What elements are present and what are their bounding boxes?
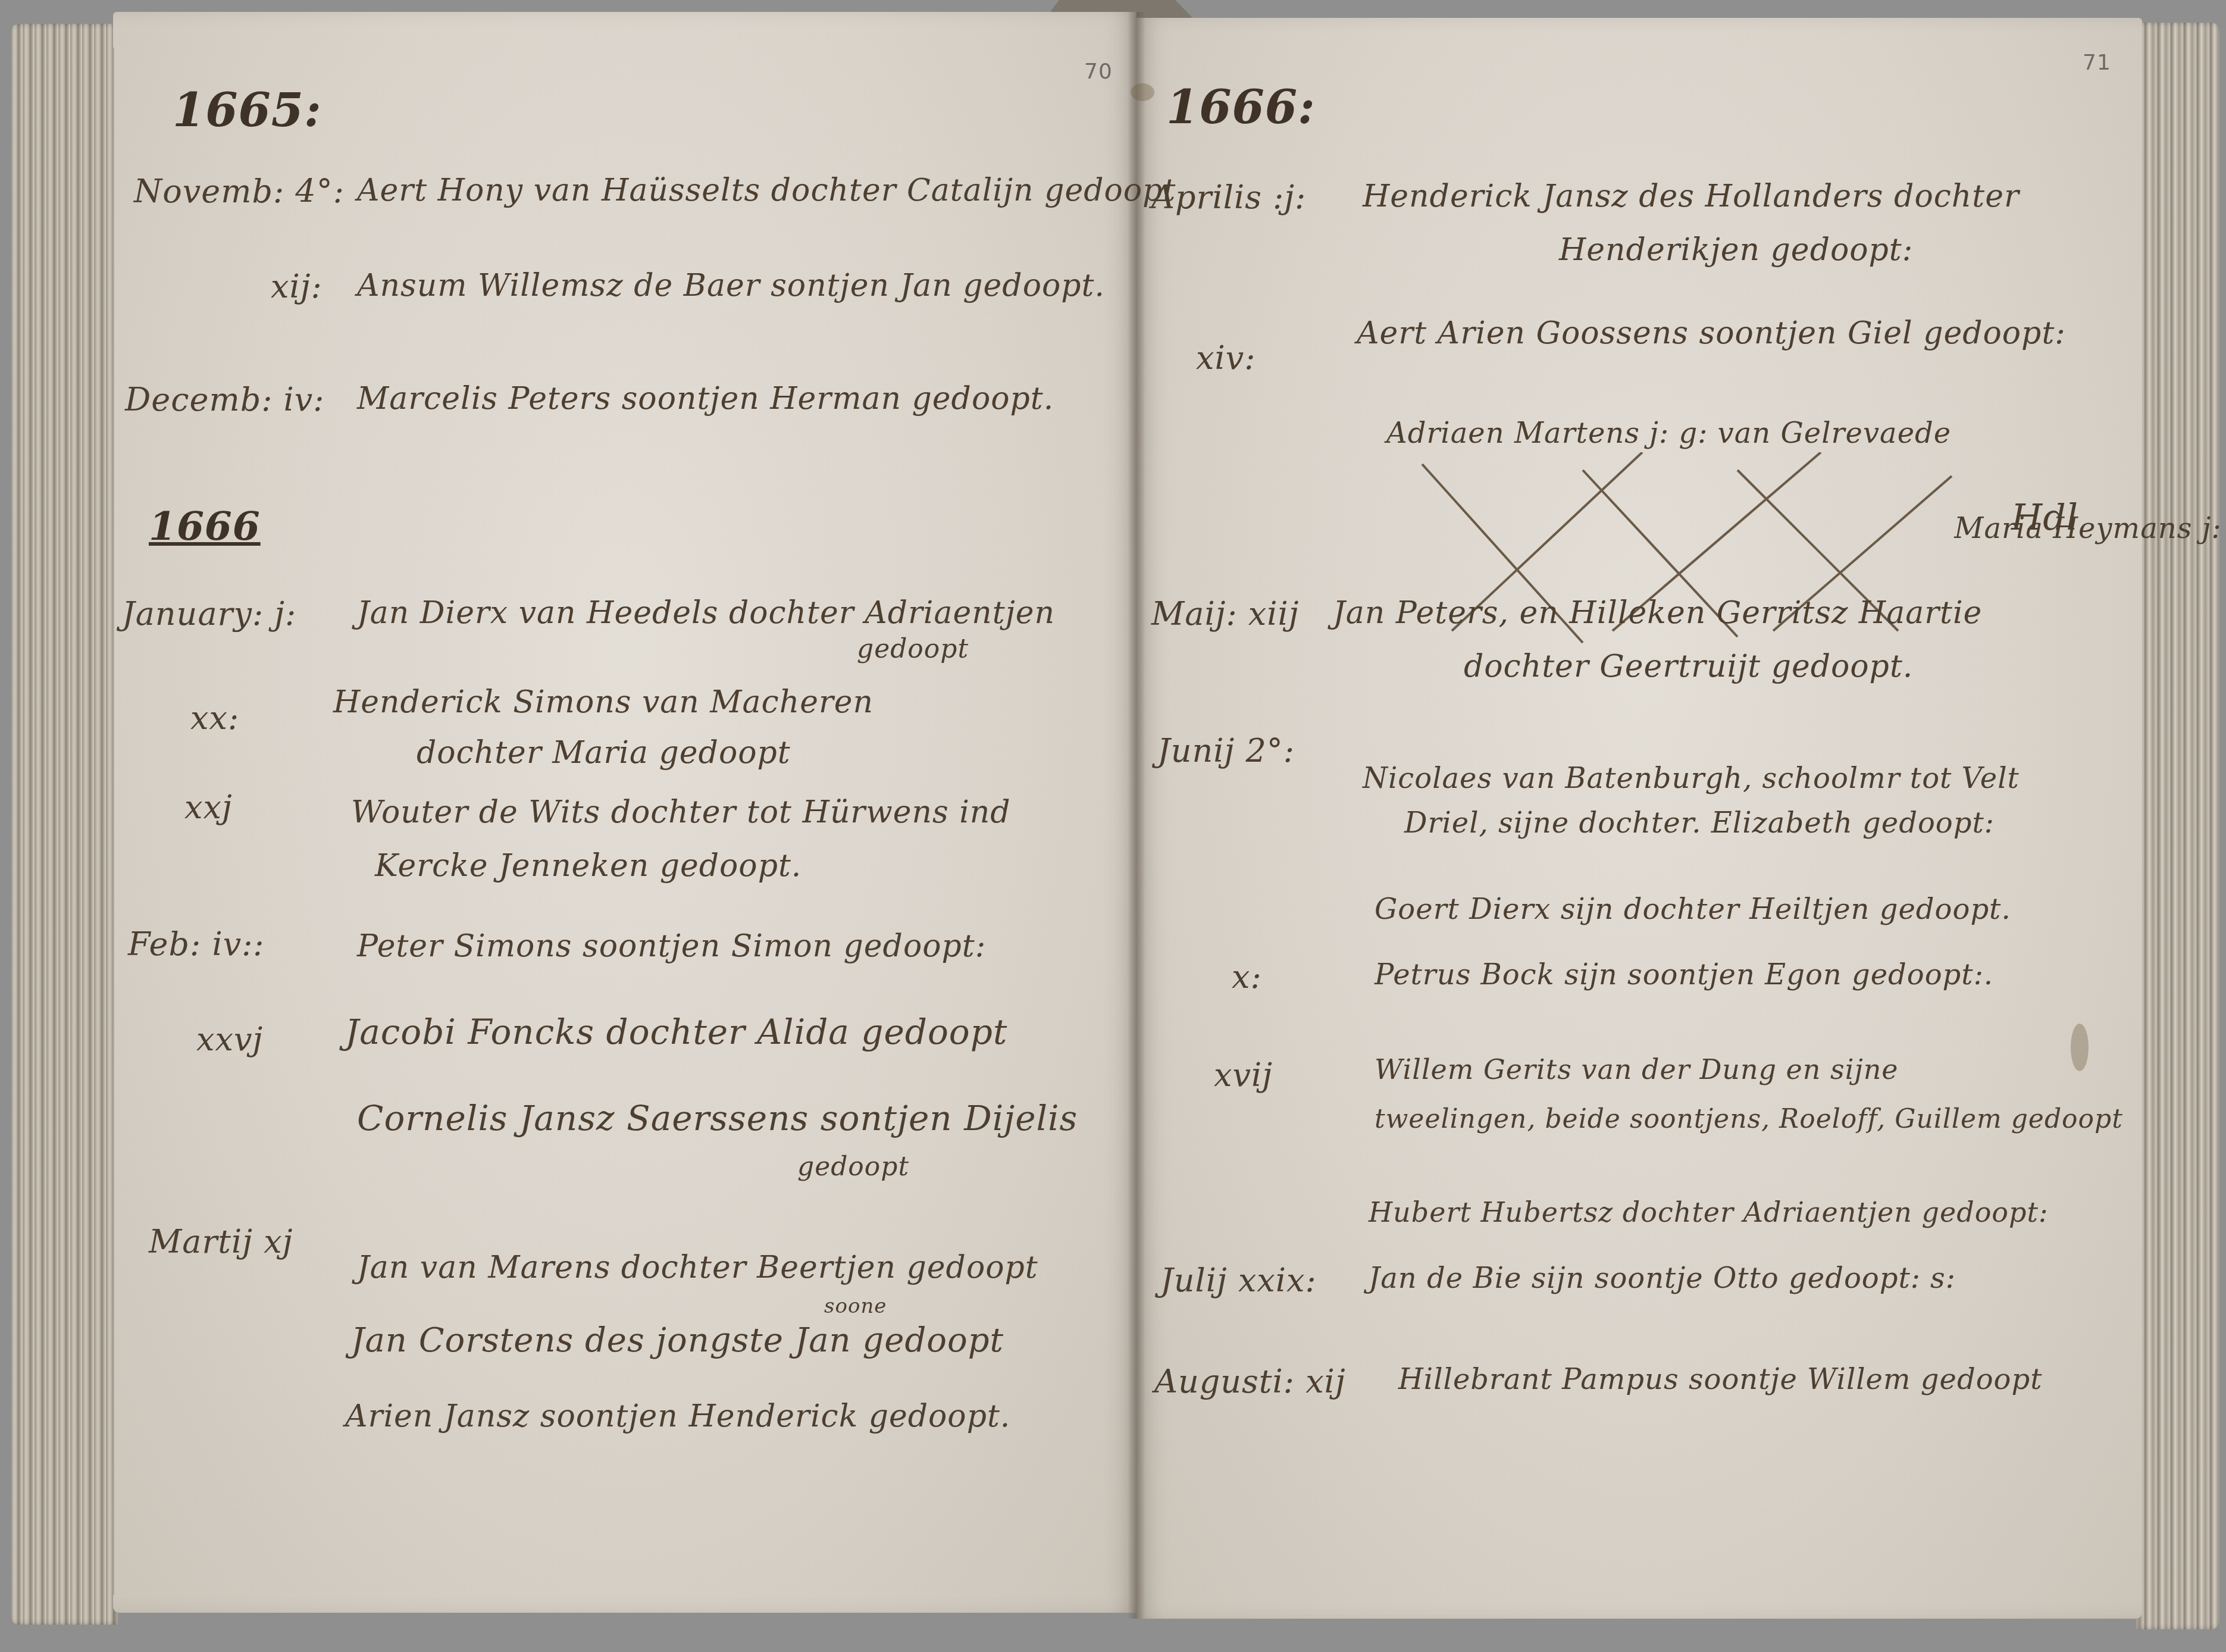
entry-text: Cornelis Jansz Saerssens sontjen Dijelis [357,1098,1078,1138]
entry-text: Petrus Bock sijn soontjen Egon gedoopt:. [1375,958,1993,991]
right-page-stack [2136,23,2219,1629]
margin-note: Hdl [2011,497,2078,539]
book-gutter [1128,12,1145,1619]
entry-text: Wouter de Wits dochter tot Hürwens ind [351,794,1011,830]
entry-text: Jan Corstens des jongste Jan gedoopt [351,1321,1004,1360]
interlinear-insertion: soone [824,1294,887,1318]
page-edge-rule [113,48,114,1595]
entry-continuation: tweelingen, beide soontjens, Roeloff, Gu… [1375,1104,2123,1134]
ink-blot [1131,83,1154,101]
year-heading: 1666 [149,503,261,549]
year-heading: 1665: [173,83,322,137]
entry-text: Nicolaes van Batenburgh, schoolmr tot Ve… [1363,762,2020,795]
open-register-book: 70 71 1665: Novemb: 4°: Aert Hony van Ha… [0,0,2226,1652]
entry-text: Peter Simons soontjen Simon gedoopt: [357,928,986,964]
entry-continuation: dochter Geertruijt gedoopt. [1464,649,1913,684]
entry-text: Jan Dierx van Heedels dochter Adriaentje… [357,595,1055,631]
entry-text: Hubert Hubertsz dochter Adriaentjen gedo… [1369,1196,2049,1228]
entry-continuation: Henderikjen gedoopt: [1559,232,1913,268]
entry-text: Ansum Willemsz de Baer sontjen Jan gedoo… [357,268,1105,304]
left-page-stack [11,24,118,1625]
entry-date: Martij xj [149,1223,293,1260]
entry-date: xij: [271,268,323,305]
entry-date: x: [1232,958,1262,996]
entry-date: Maij: xiij [1151,595,1300,633]
entry-date: Decemb: iv: [125,381,325,418]
entry-date: Novemb: 4°: [134,173,345,210]
entry-text: Henderick Simons van Macheren [333,684,874,720]
entry-text: Goert Dierx sijn dochter Heiltjen gedoop… [1375,893,2011,926]
folio-number-right: 71 [2083,51,2111,75]
entry-date: xvij [1214,1056,1273,1094]
entry-text: Jan Peters, en Hilleken Gerritsz Haartie [1333,595,1982,631]
entry-text: Willem Gerits van der Dung en sijne [1375,1053,1899,1085]
entry-text: Marcelis Peters soontjen Herman gedoopt. [357,381,1054,417]
entry-text: Henderick Jansz des Hollanders dochter [1363,179,2020,214]
entry-date: January: j: [122,595,296,633]
entry-continuation: Driel, sijne dochter. Elizabeth gedoopt: [1404,806,1995,840]
year-heading: 1666: [1166,80,1316,134]
entry-text: Hillebrant Pampus soontje Willem gedoopt [1398,1363,2042,1396]
entry-date: xxj [184,789,233,826]
entry-continuation: gedoopt [857,634,969,664]
entry-text: Arien Jansz soontjen Henderick gedoopt. [345,1398,1010,1434]
entry-continuation: Kercke Jenneken gedoopt. [375,848,802,884]
entry-date: xiv: [1196,339,1256,377]
entry-text: Aert Arien Goossens soontjen Giel gedoop… [1357,315,2066,351]
paper-stain [2071,1024,2089,1071]
entry-text: Jan de Bie sijn soontje Otto gedoopt: s: [1369,1262,1956,1295]
entry-date: Junij 2°: [1157,732,1295,769]
entry-text: Aert Hony van Haüsselts dochter Catalijn… [357,173,1176,208]
folio-number-left: 70 [1084,60,1113,84]
entry-date: Feb: iv:: [128,925,265,963]
entry-date: xx: [190,699,239,737]
entry-date: Augusti: xij [1154,1363,1346,1400]
entry-date: xxvj [196,1021,263,1058]
entry-text: Jan van Marens dochter Beertjen gedoopt [357,1250,1038,1285]
entry-continuation: gedoopt [797,1152,909,1182]
struck-entry-text: Maria Heymans j: d: van Emsol [1954,512,2226,545]
struck-entry-text: Adriaen Martens j: g: van Gelrevaede [1386,417,1951,450]
entry-date: Julij xxix: [1160,1262,1317,1299]
entry-text: Jacobi Foncks dochter Alida gedoopt [345,1012,1007,1052]
entry-continuation: dochter Maria gedoopt [417,735,791,771]
entry-date: Aprilis :j: [1151,179,1306,216]
